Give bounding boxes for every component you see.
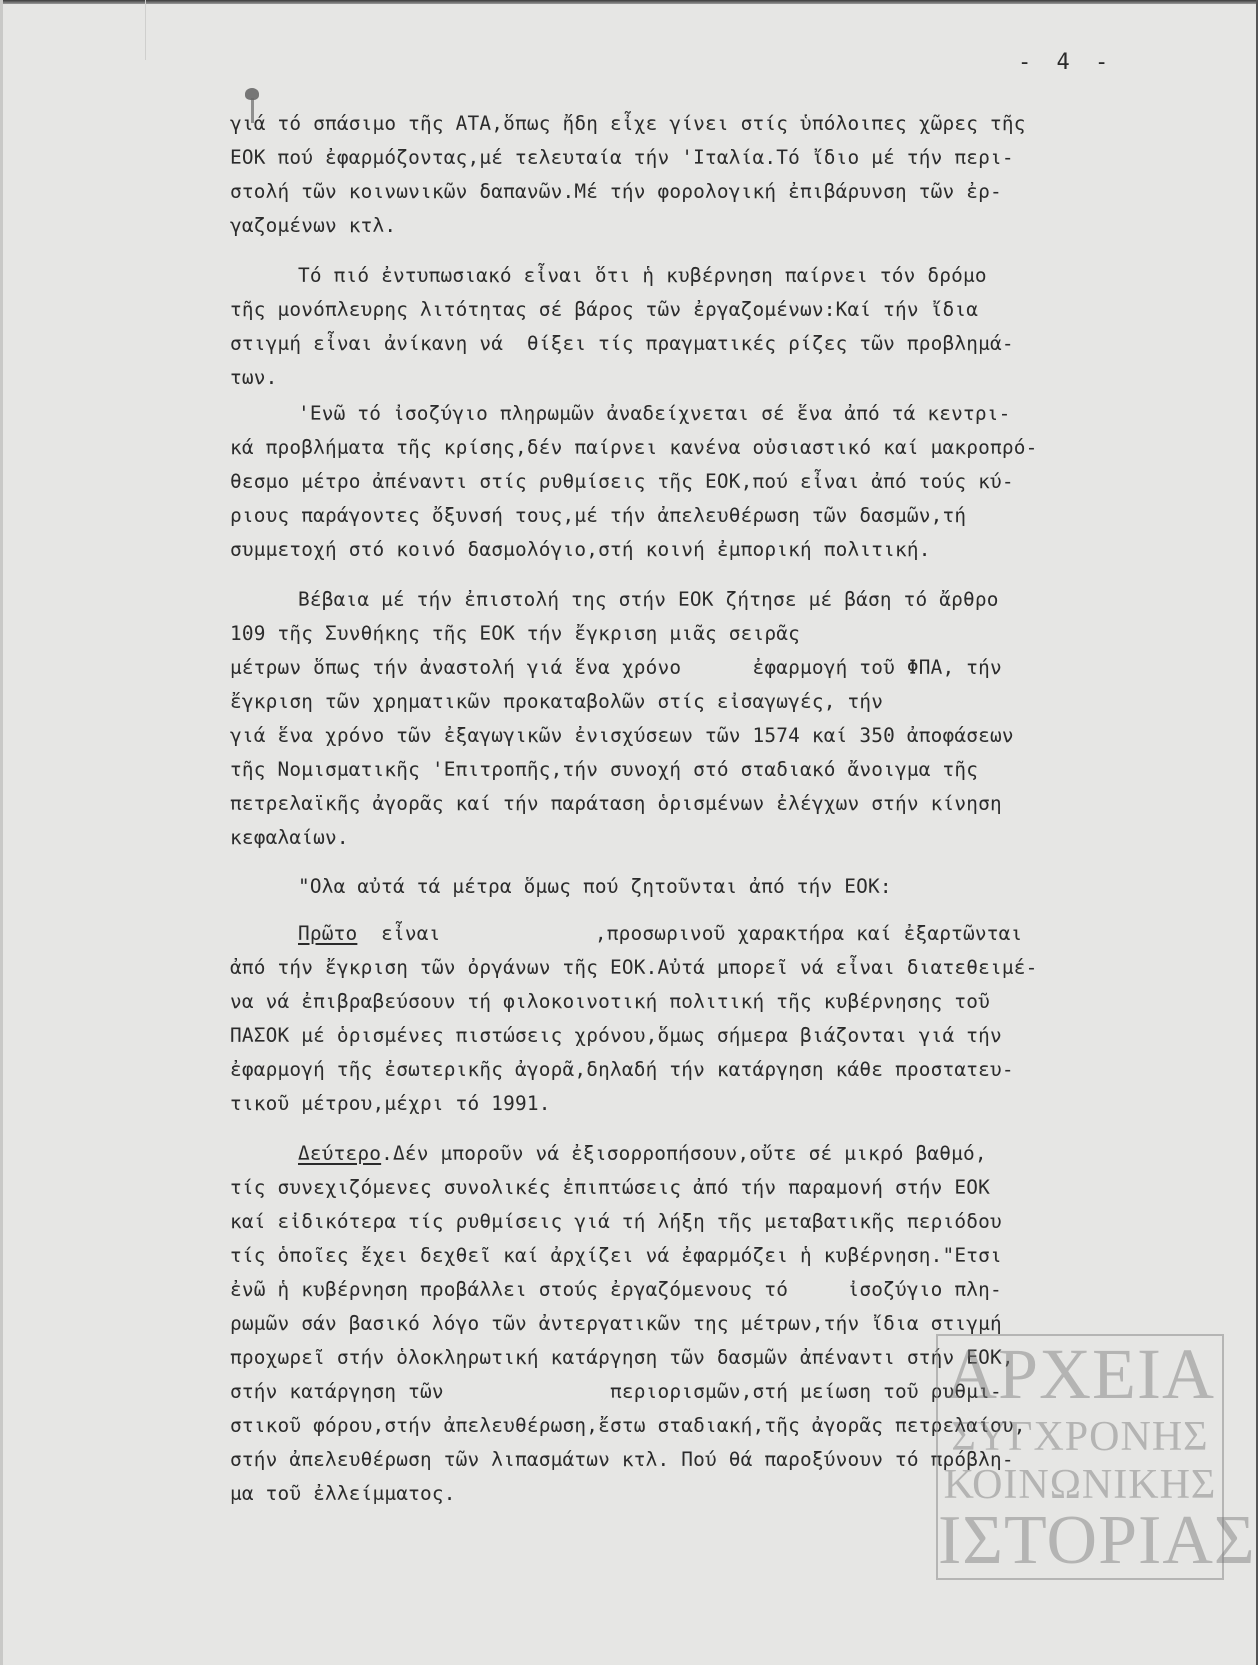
line-text: ἔγκριση τῶν χρηματικῶν προκαταβολῶν στίς…: [230, 690, 883, 713]
line-text: των.: [230, 366, 278, 389]
text-line: πετρελαϊκῆς ἀγορᾶς καί τήν παράταση ὁρισ…: [230, 792, 1002, 816]
text-line: Δεύτερο.Δέν μποροῦν νά ἐξισορροπήσουν,οὔ…: [298, 1142, 987, 1166]
text-line: θεσμο μέτρο ἀπέναντι στίς ρυθμίσεις τῆς …: [230, 470, 1014, 494]
text-line: γιά τό σπάσιμο τῆς ΑΤΑ,ὅπως ἤδη εἶχε γίν…: [230, 112, 1026, 136]
underlined-heading: Δεύτερο: [298, 1142, 381, 1165]
line-text: Τό πιό ἐντυπωσιακό εἶναι ὅτι ἡ κυβέρνηση…: [298, 264, 987, 287]
text-line: στιγμή εἶναι ἀνίκανη νά θίξει τίς πραγμα…: [230, 332, 1014, 356]
line-text: στολή τῶν κοινωνικῶν δαπανῶν.Μέ τήν φορο…: [230, 180, 1002, 203]
text-line: γαζομένων κτλ.: [230, 214, 396, 238]
text-line: ἔγκριση τῶν χρηματικῶν προκαταβολῶν στίς…: [230, 690, 883, 714]
text-line: των.: [230, 366, 278, 390]
line-text: ἀπό τήν ἔγκριση τῶν ὀργάνων τῆς ΕΟΚ.Αὐτά…: [230, 956, 1037, 979]
line-text: στιγμή εἶναι ἀνίκανη νά θίξει τίς πραγμα…: [230, 332, 1014, 355]
text-line: συμμετοχή στό κοινό δασμολόγιο,στή κοινή…: [230, 538, 931, 562]
text-line: κά προβλήματα τῆς κρίσης,δέν παίρνει καν…: [230, 436, 1037, 460]
text-line: μα τοῦ ἐλλείμματος.: [230, 1482, 456, 1506]
line-text: ἐνῶ ἡ κυβέρνηση προβάλλει στούς ἐργαζόμε…: [230, 1278, 1002, 1301]
line-text: πετρελαϊκῆς ἀγορᾶς καί τήν παράταση ὁρισ…: [230, 792, 1002, 815]
line-text: τῆς μονόπλευρης λιτότητας σέ βάρος τῶν ἐ…: [230, 298, 978, 321]
line-text: ΠΑΣΟΚ μέ ὁρισμένες πιστώσεις χρόνου,ὅμως…: [230, 1024, 1002, 1047]
line-text: 109 τῆς Συνθήκης τῆς ΕΟΚ τήν ἔγκριση μιᾶ…: [230, 622, 800, 645]
text-line: τίς συνεχιζόμενες συνολικές ἐπιπτώσεις ἀ…: [230, 1176, 990, 1200]
line-text: καί εἰδικότερα τίς ρυθμίσεις γιά τή λήξη…: [230, 1210, 1002, 1233]
text-line: 'Ενῶ τό ἰσοζύγιο πληρωμῶν ἀναδείχνεται σ…: [298, 402, 1010, 426]
text-line: τίς ὁποῖες ἔχει δεχθεῖ καί ἀρχίζει νά ἐφ…: [230, 1244, 1002, 1268]
line-text: γιά ἕνα χρόνο τῶν ἐξαγωγικῶν ἐνισχύσεων …: [230, 724, 1014, 747]
text-line: ἀπό τήν ἔγκριση τῶν ὀργάνων τῆς ΕΟΚ.Αὐτά…: [230, 956, 1037, 980]
page-number: - 4 -: [1018, 50, 1114, 75]
line-text: μέτρων ὅπως τήν ἀναστολή γιά ἕνα χρόνο ἐ…: [230, 656, 1002, 679]
line-text: Βέβαια μέ τήν ἐπιστολή της στήν ΕΟΚ ζήτη…: [298, 588, 999, 611]
text-line: μέτρων ὅπως τήν ἀναστολή γιά ἕνα χρόνο ἐ…: [230, 656, 1002, 680]
text-line: να νά ἐπιβραβεύσουν τή φιλοκοινοτική πολ…: [230, 990, 990, 1014]
line-text: ριους παράγοντες ὄξυνσή τους,μέ τήν ἀπελ…: [230, 504, 966, 527]
text-line: Τό πιό ἐντυπωσιακό εἶναι ὅτι ἡ κυβέρνηση…: [298, 264, 987, 288]
line-text: ρωμῶν σάν βασικό λόγο τῶν ἀντεργατικῶν τ…: [230, 1312, 1002, 1335]
line-text: στήν κατάργηση τῶν περιορισμῶν,στή μείωσ…: [230, 1380, 1002, 1403]
text-line: γιά ἕνα χρόνο τῶν ἐξαγωγικῶν ἐνισχύσεων …: [230, 724, 1014, 748]
line-text: γιά τό σπάσιμο τῆς ΑΤΑ,ὅπως ἤδη εἶχε γίν…: [230, 112, 1026, 135]
text-line: ριους παράγοντες ὄξυνσή τους,μέ τήν ἀπελ…: [230, 504, 966, 528]
text-line: Βέβαια μέ τήν ἐπιστολή της στήν ΕΟΚ ζήτη…: [298, 588, 999, 612]
line-text: συμμετοχή στό κοινό δασμολόγιο,στή κοινή…: [230, 538, 931, 561]
text-line: στήν ἀπελευθέρωση τῶν λιπασμάτων κτλ. Πο…: [230, 1448, 1014, 1472]
line-text: τίς ὁποῖες ἔχει δεχθεῖ καί ἀρχίζει νά ἐφ…: [230, 1244, 1002, 1267]
line-text: προχωρεῖ στήν ὁλοκληρωτική κατάργηση τῶν…: [230, 1346, 1014, 1369]
text-line: "Ολα αὐτά τά μέτρα ὅμως πού ζητοῦνται ἀπ…: [298, 875, 892, 899]
line-text: εἶναι ,προσωρινοῦ χαρακτήρα καί ἐξαρτῶντ…: [357, 922, 1022, 945]
line-text: .Δέν μποροῦν νά ἐξισορροπήσουν,οὔτε σέ μ…: [381, 1142, 987, 1165]
line-text: μα τοῦ ἐλλείμματος.: [230, 1482, 456, 1505]
line-text: τῆς Νομισματικῆς 'Επιτροπῆς,τήν συνοχή σ…: [230, 758, 978, 781]
text-line: τικοῦ μέτρου,μέχρι τό 1991.: [230, 1092, 551, 1116]
text-line: προχωρεῖ στήν ὁλοκληρωτική κατάργηση τῶν…: [230, 1346, 1014, 1370]
paper-fold-mark: [145, 0, 146, 60]
text-line: ἐφαρμογή τῆς ἐσωτερικῆς ἀγορᾶ,δηλαδή τήν…: [230, 1058, 1014, 1082]
line-text: "Ολα αὐτά τά μέτρα ὅμως πού ζητοῦνται ἀπ…: [298, 875, 892, 898]
watermark-line: ΙΣΤΟΡΙΑΣ: [938, 1506, 1222, 1576]
line-text: τίς συνεχιζόμενες συνολικές ἐπιπτώσεις ἀ…: [230, 1176, 990, 1199]
text-line: τῆς μονόπλευρης λιτότητας σέ βάρος τῶν ἐ…: [230, 298, 978, 322]
text-line: ρωμῶν σάν βασικό λόγο τῶν ἀντεργατικῶν τ…: [230, 1312, 1002, 1336]
line-text: στήν ἀπελευθέρωση τῶν λιπασμάτων κτλ. Πο…: [230, 1448, 1014, 1471]
text-line: ἐνῶ ἡ κυβέρνηση προβάλλει στούς ἐργαζόμε…: [230, 1278, 1002, 1302]
scan-top-edge: [0, 0, 1258, 4]
text-line: στήν κατάργηση τῶν περιορισμῶν,στή μείωσ…: [230, 1380, 1002, 1404]
line-text: γαζομένων κτλ.: [230, 214, 396, 237]
text-line: 109 τῆς Συνθήκης τῆς ΕΟΚ τήν ἔγκριση μιᾶ…: [230, 622, 800, 646]
line-text: τικοῦ μέτρου,μέχρι τό 1991.: [230, 1092, 551, 1115]
line-text: να νά ἐπιβραβεύσουν τή φιλοκοινοτική πολ…: [230, 990, 990, 1013]
line-text: ἐφαρμογή τῆς ἐσωτερικῆς ἀγορᾶ,δηλαδή τήν…: [230, 1058, 1014, 1081]
text-line: καί εἰδικότερα τίς ρυθμίσεις γιά τή λήξη…: [230, 1210, 1002, 1234]
line-text: θεσμο μέτρο ἀπέναντι στίς ρυθμίσεις τῆς …: [230, 470, 1014, 493]
line-text: κά προβλήματα τῆς κρίσης,δέν παίρνει καν…: [230, 436, 1037, 459]
line-text: 'Ενῶ τό ἰσοζύγιο πληρωμῶν ἀναδείχνεται σ…: [298, 402, 1010, 425]
text-line: κεφαλαίων.: [230, 826, 349, 850]
text-line: τῆς Νομισματικῆς 'Επιτροπῆς,τήν συνοχή σ…: [230, 758, 978, 782]
line-text: στικοῦ φόρου,στήν ἀπελευθέρωση,ἔστω σταδ…: [230, 1414, 1026, 1437]
text-line: στικοῦ φόρου,στήν ἀπελευθέρωση,ἔστω σταδ…: [230, 1414, 1026, 1438]
text-line: Πρῶτο εἶναι ,προσωρινοῦ χαρακτήρα καί ἐξ…: [298, 922, 1022, 946]
text-line: ΕΟΚ πού ἐφαρμόζοντας,μέ τελευταία τήν 'Ι…: [230, 146, 1014, 170]
underlined-heading: Πρῶτο: [298, 922, 357, 945]
line-text: ΕΟΚ πού ἐφαρμόζοντας,μέ τελευταία τήν 'Ι…: [230, 146, 1014, 169]
text-line: ΠΑΣΟΚ μέ ὁρισμένες πιστώσεις χρόνου,ὅμως…: [230, 1024, 1002, 1048]
text-line: στολή τῶν κοινωνικῶν δαπανῶν.Μέ τήν φορο…: [230, 180, 1002, 204]
scan-left-edge: [0, 0, 3, 1665]
line-text: κεφαλαίων.: [230, 826, 349, 849]
